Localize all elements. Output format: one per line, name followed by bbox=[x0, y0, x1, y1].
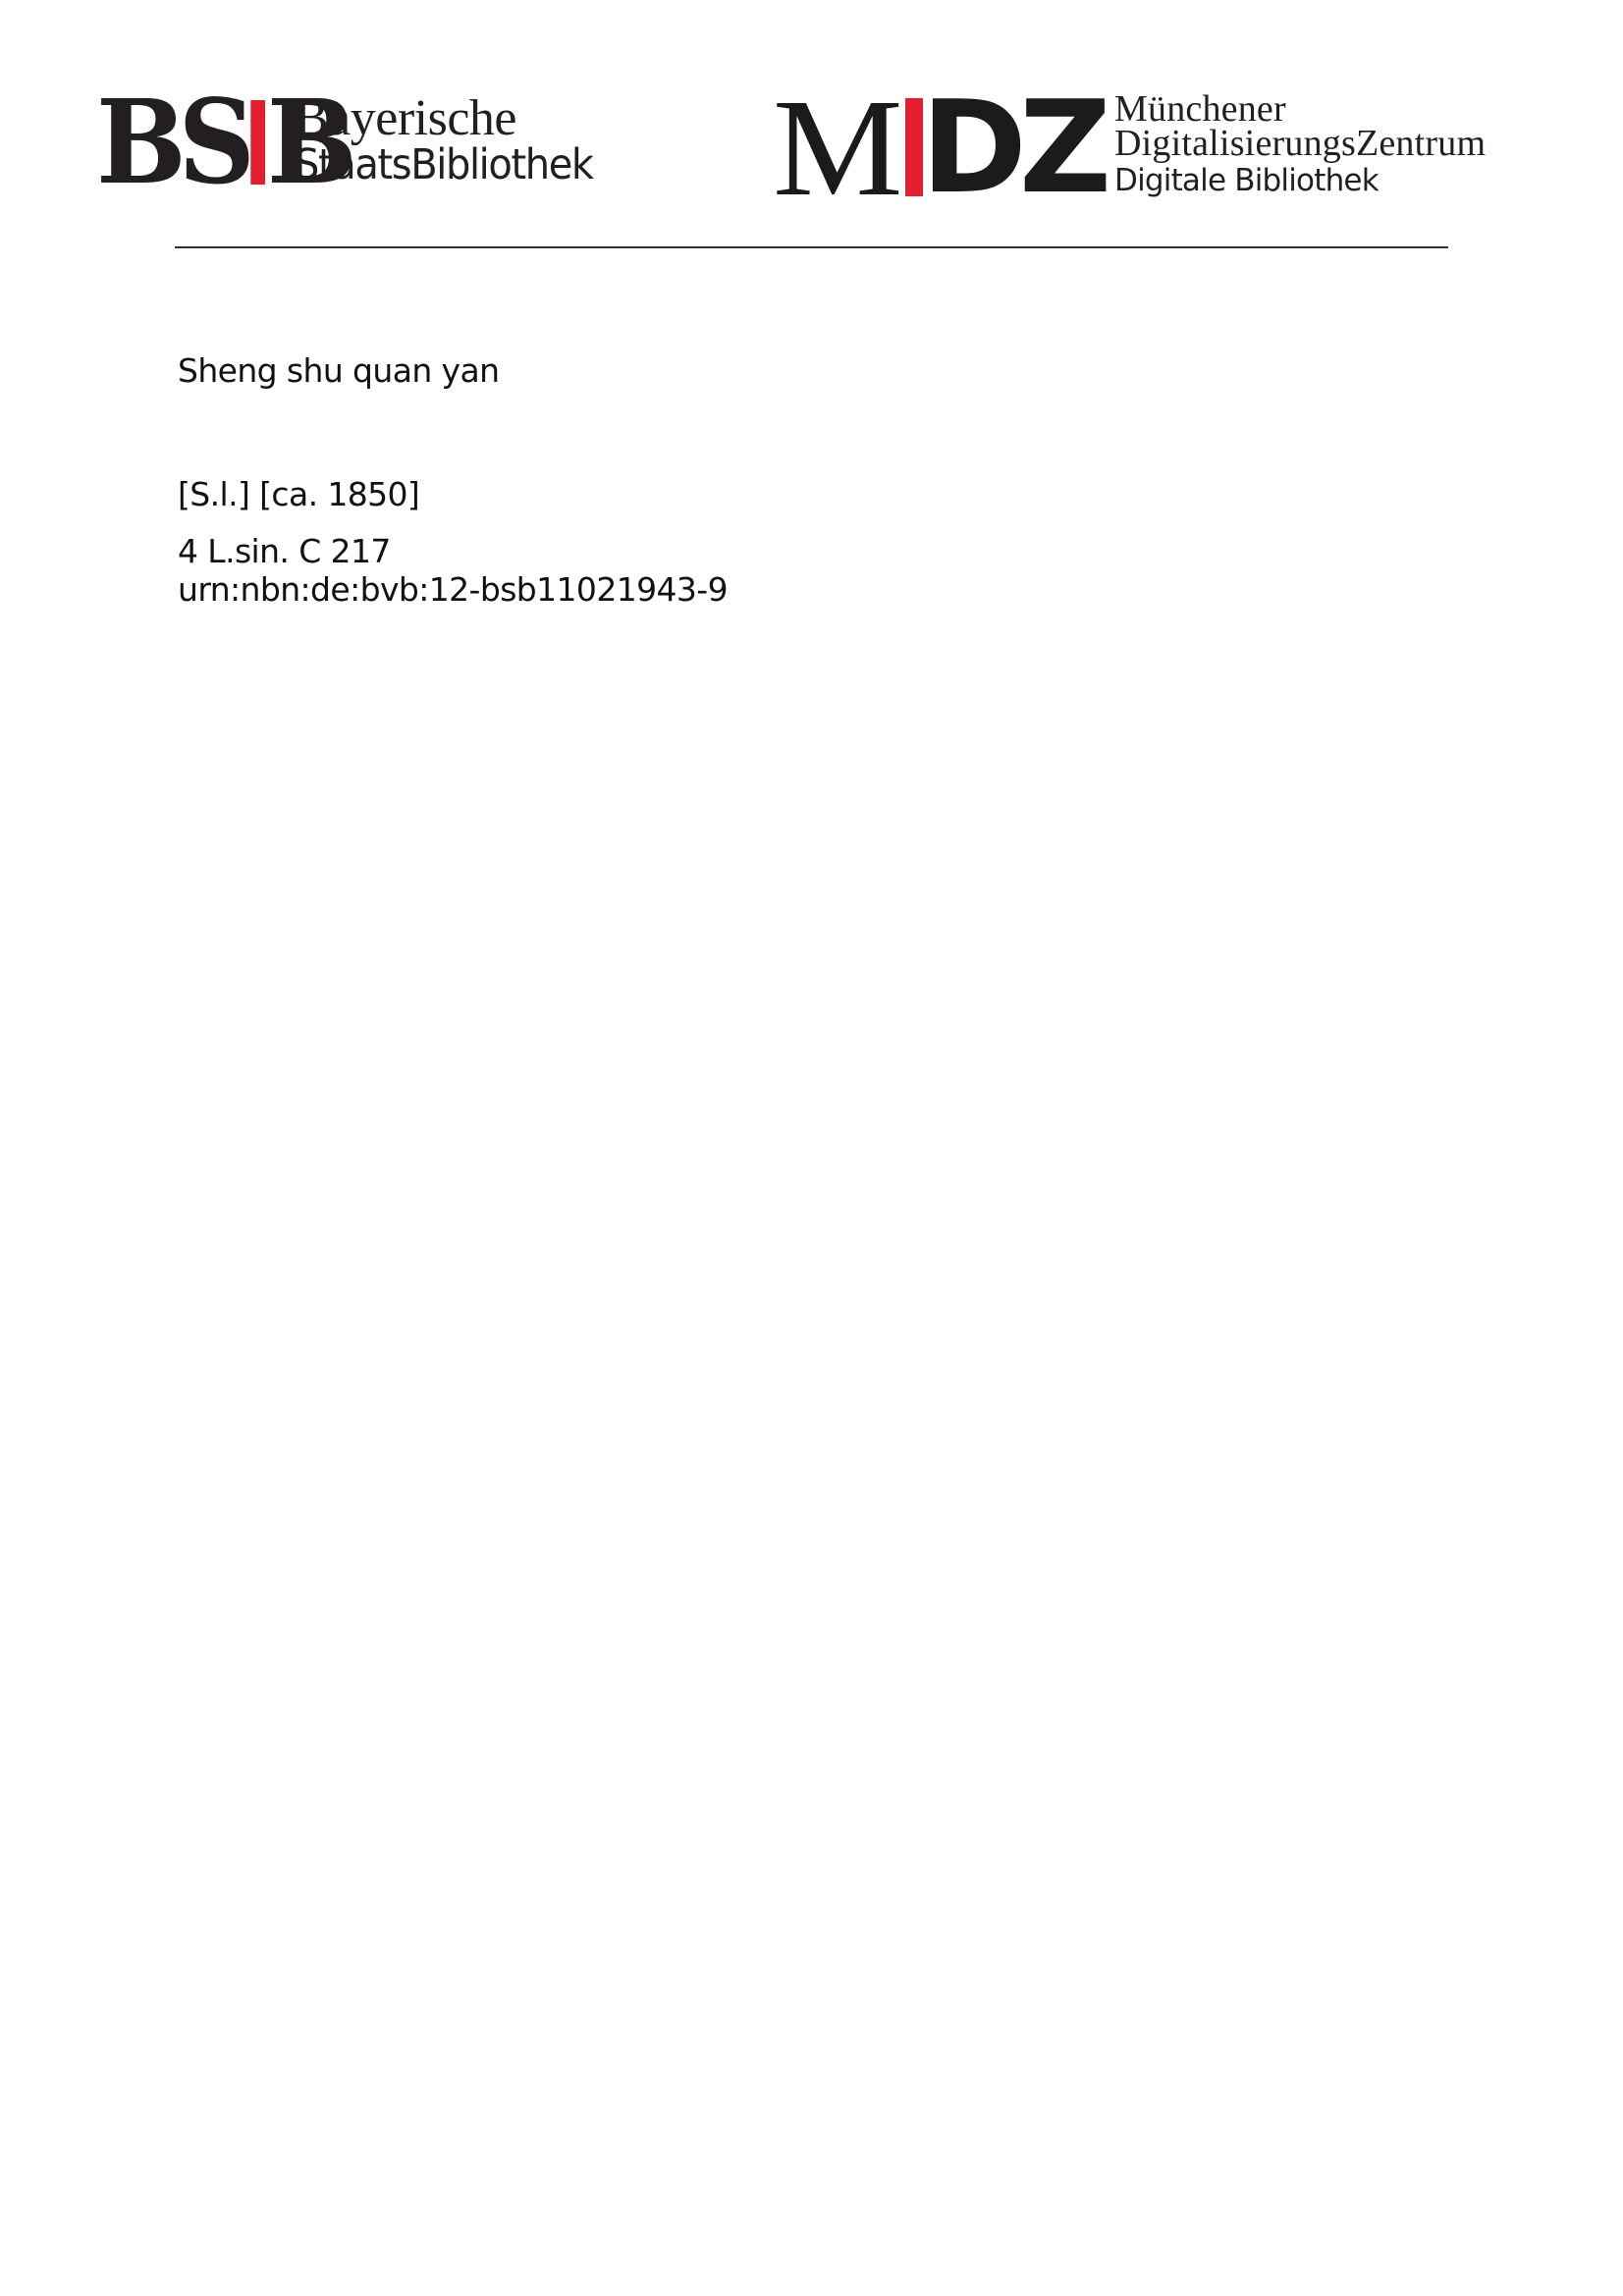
mdz-logo-line3: Digitale Bibliothek bbox=[1114, 161, 1486, 200]
record-urn: urn:nbn:de:bvb:12-bsb11021943-9 bbox=[178, 570, 728, 609]
record-imprint: [S.l.] [ca. 1850] bbox=[178, 475, 419, 513]
mdz-logo-mark: MDZ bbox=[773, 94, 1104, 198]
bsb-logo-text: Bayerische StaatsBibliothek bbox=[295, 94, 616, 187]
mdz-logo-line2: DigitalisierungsZentrum bbox=[1114, 127, 1486, 161]
record-title: Sheng shu quan yan bbox=[178, 351, 499, 390]
mdz-logo-letter-m: M bbox=[773, 96, 912, 198]
mdz-logo-letters-dz: DZ bbox=[921, 96, 1104, 198]
record-shelfmark: 4 L.sin. C 217 bbox=[178, 532, 391, 570]
mdz-logo-line1: Münchener bbox=[1114, 92, 1486, 127]
bsb-logo-red-bar bbox=[250, 100, 265, 185]
mdz-logo-text: Münchener DigitalisierungsZentrum Digita… bbox=[1114, 92, 1486, 200]
bsb-logo-line2: StaatsBibliothek bbox=[295, 143, 593, 187]
header-divider bbox=[175, 246, 1448, 248]
bsb-logo-letters-left: BS bbox=[96, 96, 247, 188]
bsb-logo-line1: Bayerische bbox=[295, 94, 616, 143]
